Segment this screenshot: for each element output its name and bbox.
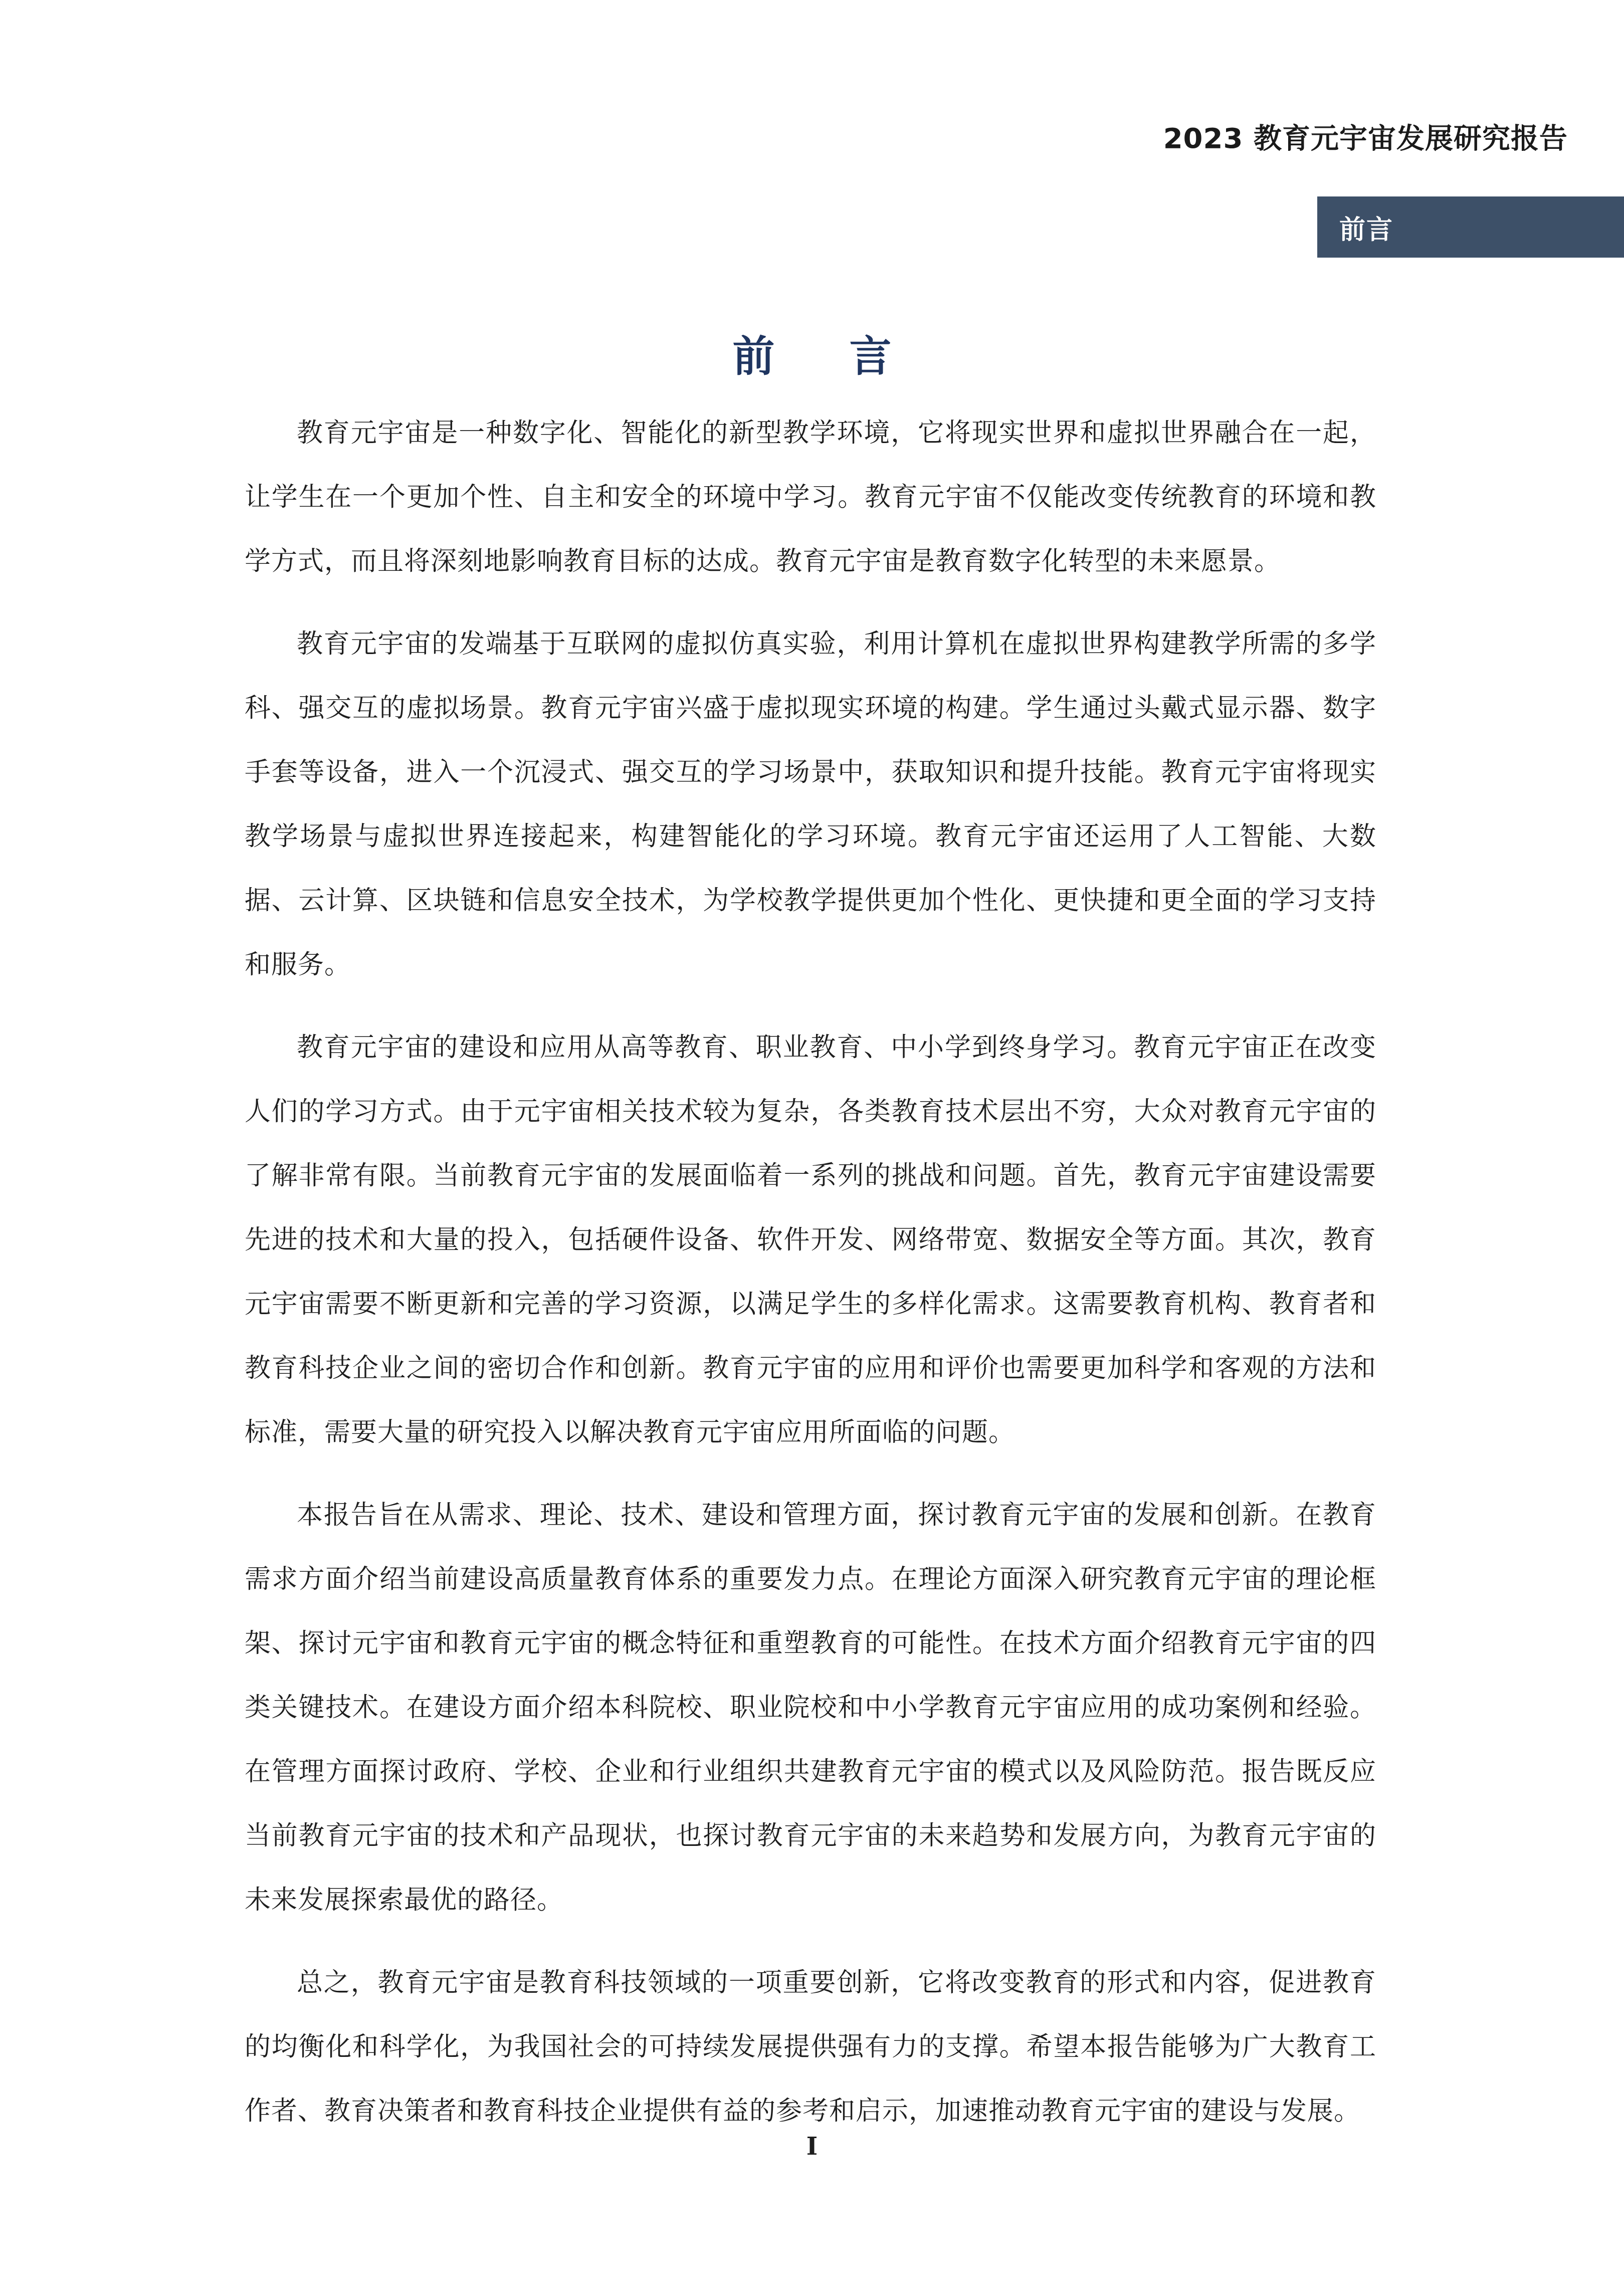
paragraph: 教育元宇宙是一种数字化、智能化的新型教学环境，它将现实世界和虚拟世界融合在一起，… (245, 401, 1376, 593)
page-title: 前 言 (0, 323, 1624, 383)
paragraph: 总之，教育元宇宙是教育科技领域的一项重要创新，它将改变教育的形式和内容，促进教育… (245, 1951, 1376, 2143)
section-tab: 前言 (1317, 196, 1624, 258)
running-header-title: 2023 教育元宇宙发展研究报告 (1163, 116, 1568, 156)
page-number: I (0, 2133, 1624, 2161)
preface-body: 教育元宇宙是一种数字化、智能化的新型教学环境，它将现实世界和虚拟世界融合在一起，… (245, 401, 1376, 2162)
section-tab-label: 前言 (1339, 208, 1393, 246)
paragraph: 教育元宇宙的发端基于互联网的虚拟仿真实验，利用计算机在虚拟世界构建教学所需的多学… (245, 612, 1376, 997)
paragraph: 教育元宇宙的建设和应用从高等教育、职业教育、中小学到终身学习。教育元宇宙正在改变… (245, 1015, 1376, 1465)
paragraph: 本报告旨在从需求、理论、技术、建设和管理方面，探讨教育元宇宙的发展和创新。在教育… (245, 1483, 1376, 1932)
